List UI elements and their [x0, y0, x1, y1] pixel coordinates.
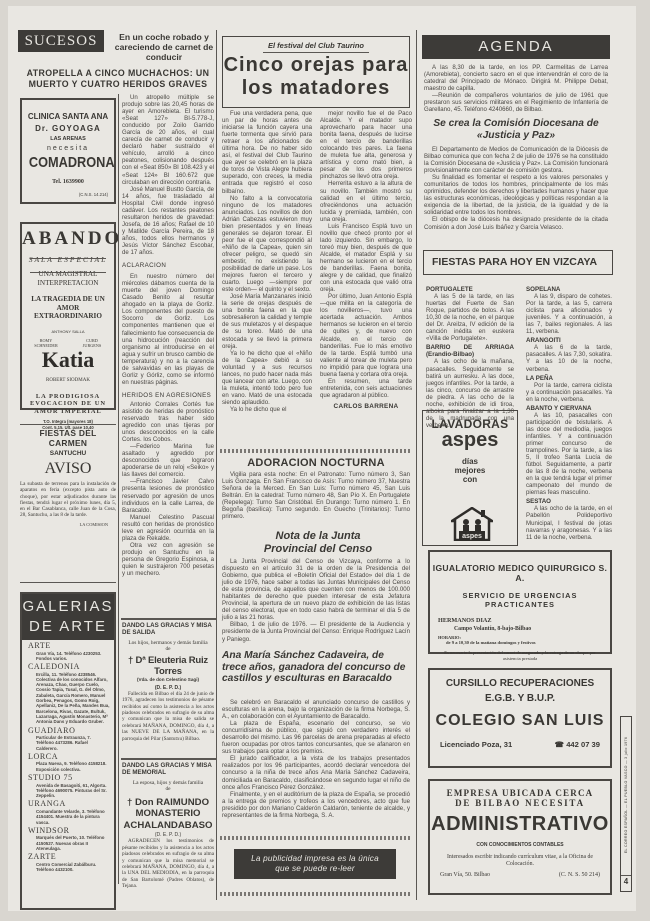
ana-maria-paragraph: El jurado calificador, a la vista de los… [222, 755, 410, 790]
ana-maria-body: Se celebró en Baracaldo el anunciado con… [222, 699, 410, 819]
heridos-paragraph: Antonio Corrales Cortés fue asistido de … [122, 401, 214, 443]
obituary-1-intro: Los hijos, hermanos y demás familia de [122, 640, 214, 653]
galerias-title-line2: DE ARTE [22, 617, 114, 637]
empresa-line2: DE BILBAO NECESITA [430, 798, 610, 808]
ana-maria-paragraph: Finalmente, y en el auditórium de la pla… [222, 791, 410, 819]
abando-cast-left: ROMY SCHNEIDER [29, 338, 63, 348]
gallery-entry: WINDSORMarqués del Puerto, 10. Teléfono … [28, 827, 110, 851]
heridos-heading: HERIDOS EN AGRESIONES [122, 392, 214, 399]
colegio-address: Licenciado Poza, 31 [440, 740, 512, 749]
obituary-2-name: † Don RAIMUNDO MONASTERIO ACHALANDABASO [122, 797, 214, 832]
gallery-name: ARTE [28, 642, 110, 651]
newspaper-page: SUCESOS En un coche robado y careciendo … [8, 6, 636, 911]
justicia-paz-headline: Se crea la Comisión Diocesana de «Justic… [432, 118, 600, 142]
clinica-phone: Tel. 1639900 [22, 179, 114, 185]
taurino-paragraph: No falto a la convocatoria ninguno de lo… [222, 195, 312, 294]
clinica-doctor: Dr. GOYOAGA [22, 124, 114, 133]
gallery-description: Plaza Nueva, 9. Teléfono 4158218. Exposi… [28, 761, 110, 772]
justicia-paz-body: El Departamento de Medios de Comunicació… [424, 146, 608, 231]
junta-censo-body: La Junta Provincial del Censo de Vizcaya… [222, 558, 410, 643]
abando-title: ABANDO [22, 228, 114, 250]
gallery-entry: CALEDONIAErcilla, 11. Teléfono 4238546. … [28, 663, 110, 724]
taurino-paragraph: Ya lo he dicho que el «Niño de la Capea»… [222, 350, 312, 406]
clinica-santa-ana-ad: CLINICA SANTA ANA Dr. GOYOAGA LAS ARENAS… [20, 98, 116, 204]
telephone-icon: ☎ [555, 740, 567, 749]
fiesta-place: ARANGOITI [526, 337, 612, 344]
igualatorio-name: HERMANOS DIAZ [438, 617, 610, 624]
igualatorio-medico-ad: IGUALATORIO MEDICO QUIRURGICO S. A. SERV… [428, 550, 612, 654]
empresa-role: ADMINISTRATIVO [430, 812, 610, 836]
publicidad-banner: La publicidad impresa es la única que se… [234, 849, 396, 879]
fiesta-place: BARRIO DE ARRIAGA (Erandio-Bilbao) [426, 344, 514, 358]
igualatorio-subtitle: SERVICIO DE URGENCIAS PRACTICANTES [430, 591, 610, 609]
obituary-1-title: DANDO LAS GRACIAS Y MISA DE SALIDA [122, 622, 214, 636]
abando-cinema-ad: ABANDO SALA ESPECIAL UNA MAGISTRAL INTER… [20, 222, 116, 410]
fiestas-vizcaya-col1: PORTUGALETEA las 5 de la tarde, en las h… [426, 284, 514, 429]
igualatorio-schedule: de 9 a 10,30 de la mañana domingos y fes… [446, 640, 610, 645]
igualatorio-address: Campo Volantín, 8-bajo-Bilbao [454, 626, 610, 632]
gallery-entry: STUDIO 75Avenida de Basagoiti, 61, Algor… [28, 774, 110, 798]
publicidad-banner-text: La publicidad impresa es la única que se… [234, 849, 396, 874]
taurino-paragraph: mejor novillo fue el de Paco Alcalde. Y … [320, 110, 412, 180]
fiestas-carmen-aviso: AVISO [20, 460, 116, 478]
aclaracion-heading: ACLARACION [122, 262, 214, 269]
lavadoras-aspes-ad: LAVADORAS aspes días mejores con aspes [422, 410, 518, 546]
fiesta-text: A las 6 de la tarde, pasacalles. A las 7… [526, 344, 612, 372]
heridos-paragraph: Otra vez con agresión se produjo en Sant… [122, 542, 214, 577]
colegio-phone: ☎ 442 07 39 [555, 740, 600, 749]
obituary-2-title: DANDO LAS GRACIAS Y MISA DE MEMORIAL [122, 762, 214, 776]
fiesta-text: A las 9, disparo de cohetes. Por la tard… [526, 293, 612, 335]
heridos-paragraph: —Federico Marina fue asaltado y agredido… [122, 443, 214, 478]
lavadoras-line4: con [423, 475, 517, 484]
fiesta-place: SOPELANA [526, 286, 612, 293]
taurino-paragraph: Herrerita estuvo a la altura de su novil… [320, 180, 412, 222]
svg-text:aspes: aspes [462, 533, 482, 540]
gallery-description: Centro Comercial Zabálburu. Teléfono 443… [28, 862, 110, 873]
gallery-name: LORCA [28, 753, 110, 762]
empresa-text: Interesados escribir indicando currículu… [440, 854, 600, 869]
taurino-headline: Cinco orejas para los matadores [223, 54, 409, 100]
galerias-title-line1: GALERIAS [22, 597, 114, 617]
fiesta-text: A las ocho de la tarde, en el Pabellón P… [526, 505, 612, 540]
taurino-col1: Fue una verdadera pena, que un par de ho… [222, 110, 312, 413]
ana-maria-paragraph: La plaza de España, escenario del concur… [222, 720, 410, 755]
clinica-needs: necesita [22, 145, 114, 152]
obituary-1-name: † Dª Eleuteria Ruiz Torres [122, 655, 214, 677]
obituary-2-text: AGRADECEN los testimonios de pésame reci… [122, 838, 214, 889]
gallery-description: Gran Vía, 14. Teléfono 4230253. Fondos v… [28, 651, 110, 662]
colegio-line2: E.G.B. Y B.U.P. [430, 693, 610, 704]
agenda-section-label: AGENDA [422, 35, 610, 59]
fiesta-place: SESTAO [526, 498, 612, 505]
fiestas-carmen-signature: LA COMISION [20, 522, 116, 527]
taurino-col2: mejor novillo fue el de Paco Alcalde. Y … [320, 110, 412, 410]
galerias-title: GALERIAS DE ARTE [22, 594, 114, 640]
fiesta-place: LA PEÑA [526, 375, 612, 382]
clinica-ref: (C.N.S. 14.214) [79, 192, 108, 197]
page-folio: EL CORREO ESPAÑOL — EL PUEBLO VASCO — 3 … [620, 716, 632, 892]
junta-censo-signature: Bilbao, 1 de julio de 1976. — El preside… [222, 621, 410, 642]
sucesos-paragraph: Un atropello múltiple se produjo sobre l… [122, 94, 214, 186]
fiesta-place: PORTUGALETE [426, 286, 514, 293]
fiestas-vizcaya-title: FIESTAS PARA HOY EN VIZCAYA [424, 251, 612, 273]
taurino-paragraph: José María Manzanares inició la serie de… [222, 293, 312, 349]
taurino-byline: CARLOS BARRENA [320, 403, 412, 410]
fiestas-vizcaya-col2: SOPELANAA las 9, disparo de cohetes. Por… [526, 284, 612, 541]
page-number: 4 [621, 877, 631, 886]
gallery-description: Ercilla, 11. Teléfono 4238546. Colectiva… [28, 672, 110, 725]
fiesta-place: ABANTO Y CIERVANA [526, 405, 612, 412]
heridos-paragraph: —Francisco Javier Calvo presenta lesione… [122, 478, 214, 513]
sucesos-section-label: SUCESOS [18, 30, 104, 52]
ana-maria-paragraph: Se celebró en Baracaldo el anunciado con… [222, 699, 410, 720]
adoracion-text: Vigilia para esta noche: En el Patronato… [222, 471, 410, 520]
ana-maria-headline: Ana María Sánchez Cadaveira, de trece añ… [222, 650, 410, 685]
aspes-house-logo-icon: aspes [451, 507, 493, 541]
sucesos-headline: ATROPELLA A CINCO MUCHACHOS: UN MUERTO Y… [20, 68, 216, 90]
junta-censo-text: La Junta Provincial del Censo de Vizcaya… [222, 558, 410, 621]
gallery-entry: LORCAPlaza Nueva, 9. Teléfono 4158218. E… [28, 753, 110, 772]
obituary-monasterio: DANDO LAS GRACIAS Y MISA DE MEMORIAL La … [122, 762, 214, 890]
gallery-name: URANGA [28, 800, 110, 809]
fiestas-carmen-notice: FIESTAS DEL CARMEN SANTUCHU AVISO La sub… [20, 428, 116, 524]
empresa-ref: (C. N. S. 50 214) [559, 872, 600, 878]
junta-censo-headline: Nota de la Junta Provincial del Censo [248, 530, 388, 556]
fiesta-text: A las 10, pasacalles con participación d… [526, 412, 612, 497]
abando-line2: LA TRAGEDIA DE UN AMOR EXTRAORDINARIO [28, 295, 108, 321]
fiestas-vizcaya-header: FIESTAS PARA HOY EN VIZCAYA [423, 250, 613, 275]
sucesos-body: Un atropello múltiple se produjo sobre l… [122, 94, 214, 577]
justicia-paz-paragraph: El obispo de la diócesis ha designado pr… [424, 216, 608, 230]
gallery-name: WINDSOR [28, 827, 110, 836]
gallery-name: GUADIARO [28, 727, 110, 736]
gallery-description: Marqués del Puerto, 10. Teléfono 4150527… [28, 835, 110, 851]
agenda-paragraph: A las 8,30 de la tarde, en los PP. Carme… [424, 64, 608, 92]
empresa-requirement: CON CONOCIMIENTOS CONTABLES [430, 842, 610, 848]
justicia-paz-paragraph: Su finalidad es fomentar el respeto a lo… [424, 174, 608, 216]
galerias-de-arte-listing: GALERIAS DE ARTE ARTEGran Vía, 14. Teléf… [20, 592, 116, 910]
fiestas-carmen-text: La subasta de terrenos para la instalaci… [20, 481, 116, 519]
abando-subtitle: SALA ESPECIAL [22, 255, 114, 264]
gallery-description: Comandante Velarde, 3. Teléfono 4154401.… [28, 809, 110, 825]
empresa-address: Gran Vía, 50. Bilbao [440, 872, 490, 878]
fiestas-carmen-place: SANTUCHU [20, 450, 116, 457]
obituary-1-alias: (Vda. de don Celestino Sagi) [122, 677, 214, 682]
obituary-2-intro: La esposa, hijos y demás familia de [122, 780, 214, 793]
abando-line3: LA PRODIGIOSA EVOCACION DE UN AMOR IMPER… [26, 393, 110, 416]
gallery-name: CALEDONIA [28, 663, 110, 672]
colegio-name: COLEGIO SAN LUIS [430, 712, 610, 730]
gallery-entry: GUADIAROParticular de Estraunza, 7. Telé… [28, 727, 110, 751]
taurino-paragraph: Por último, Juan Antonio Esplá —que mili… [320, 293, 412, 378]
heridos-paragraph: Manuel Celestino Pascual resultó con her… [122, 514, 214, 542]
gallery-entry: URANGAComandante Velarde, 3. Teléfono 41… [28, 800, 110, 824]
taurino-headline-box: El festival del Club Taurino Cinco oreja… [222, 36, 410, 108]
clinica-role: COMADRONA [29, 154, 107, 171]
taurino-paragraph: Ya lo he dicho que el [222, 406, 312, 413]
gallery-name: STUDIO 75 [28, 774, 110, 783]
lavadoras-line3: mejores [423, 466, 517, 475]
agenda-body: A las 8,30 de la tarde, en los PP. Carme… [424, 64, 608, 113]
lavadoras-brand: aspes [423, 431, 517, 449]
lavadoras-line2: días [423, 457, 517, 466]
gallery-name: ZARTE [28, 853, 110, 862]
adoracion-title: ADORACION NOCTURNA [220, 457, 412, 469]
obituary-1-text: Fallecida en Bilbao el día 24 de junio d… [122, 691, 214, 742]
aclaracion-text: En nuestro número del miércoles dábamos … [122, 273, 214, 386]
taurino-kicker: El festival del Club Taurino [223, 41, 409, 50]
folio-text: EL CORREO ESPAÑOL — EL PUEBLO VASCO — 3 … [624, 719, 628, 871]
sucesos-paragraph: José Manuel Bustto García, de 14 años, f… [122, 186, 214, 256]
colegio-line1: CURSILLO RECUPERACIONES [430, 678, 610, 689]
obituary-ruiz-torres: DANDO LAS GRACIAS Y MISA DE SALIDA Los h… [122, 622, 214, 742]
gallery-entry: ZARTECentro Comercial Zabálburu. Teléfon… [28, 853, 110, 872]
sucesos-kicker: En un coche robado y careciendo de carne… [114, 32, 214, 62]
clinica-name: CLINICA SANTA ANA [22, 112, 114, 121]
igualatorio-note: Es necesario la presentación del carnet … [440, 650, 600, 661]
igualatorio-title: IGUALATORIO MEDICO QUIRURGICO S. A. [430, 563, 610, 583]
gallery-description: Avenida de Basagoiti, 61, Algorta. Teléf… [28, 783, 110, 799]
taurino-paragraph: Luis Francisco Esplá tuvo un novillo que… [320, 223, 412, 293]
gallery-entry: ARTEGran Vía, 14. Teléfono 4230253. Fond… [28, 642, 110, 661]
agenda-paragraph: —Reunión de compañeros voluntarios de ju… [424, 92, 608, 113]
abando-cast-right: CURD JURGENS [77, 338, 107, 348]
fiestas-carmen-title: FIESTAS DEL CARMEN [20, 428, 116, 448]
abando-cast-top: ANTHONY SALLA [22, 329, 114, 334]
justicia-paz-paragraph: El Departamento de Medios de Comunicació… [424, 146, 608, 174]
taurino-paragraph: En resumen, una tarde entretenida, con s… [320, 378, 412, 399]
fiesta-text: A las 5 de la tarde, en las huertas del … [426, 293, 514, 342]
abando-director: ROBERT SIODMAK [22, 378, 114, 383]
clinica-place: LAS ARENAS [22, 136, 114, 142]
empresa-administrativo-ad: EMPRESA UBICADA CERCA DE BILBAO NECESITA… [428, 779, 612, 895]
empresa-line1: EMPRESA UBICADA CERCA [430, 788, 610, 798]
galerias-entries: ARTEGran Vía, 14. Teléfono 4230253. Fond… [22, 640, 114, 872]
gallery-description: Particular de Estraunza, 7. Teléfono 447… [28, 735, 110, 751]
fiesta-text: Por la tarde, carrera ciclista y a conti… [526, 382, 612, 403]
taurino-paragraph: Fue una verdadera pena, que un par de ho… [222, 110, 312, 195]
abando-film-title: Katia [22, 348, 114, 372]
colegio-san-luis-ad: CURSILLO RECUPERACIONES E.G.B. Y B.U.P. … [428, 668, 612, 768]
